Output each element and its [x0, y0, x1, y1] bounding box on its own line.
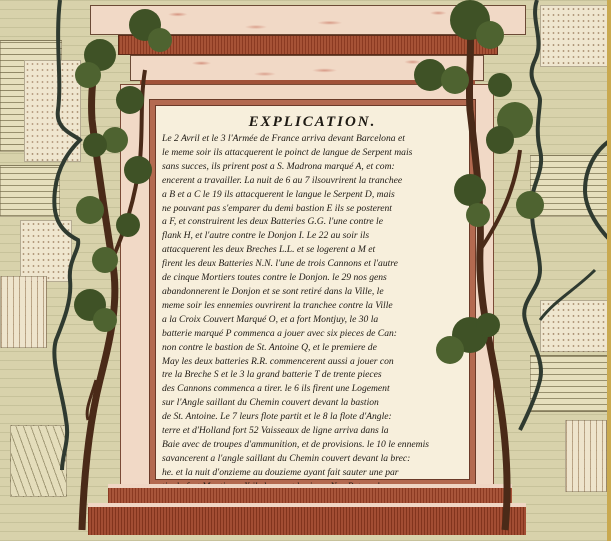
tree-right-icon [414, 0, 544, 530]
tree-left-icon [74, 9, 172, 530]
trees [0, 0, 611, 541]
map-frame-edge [607, 0, 611, 541]
